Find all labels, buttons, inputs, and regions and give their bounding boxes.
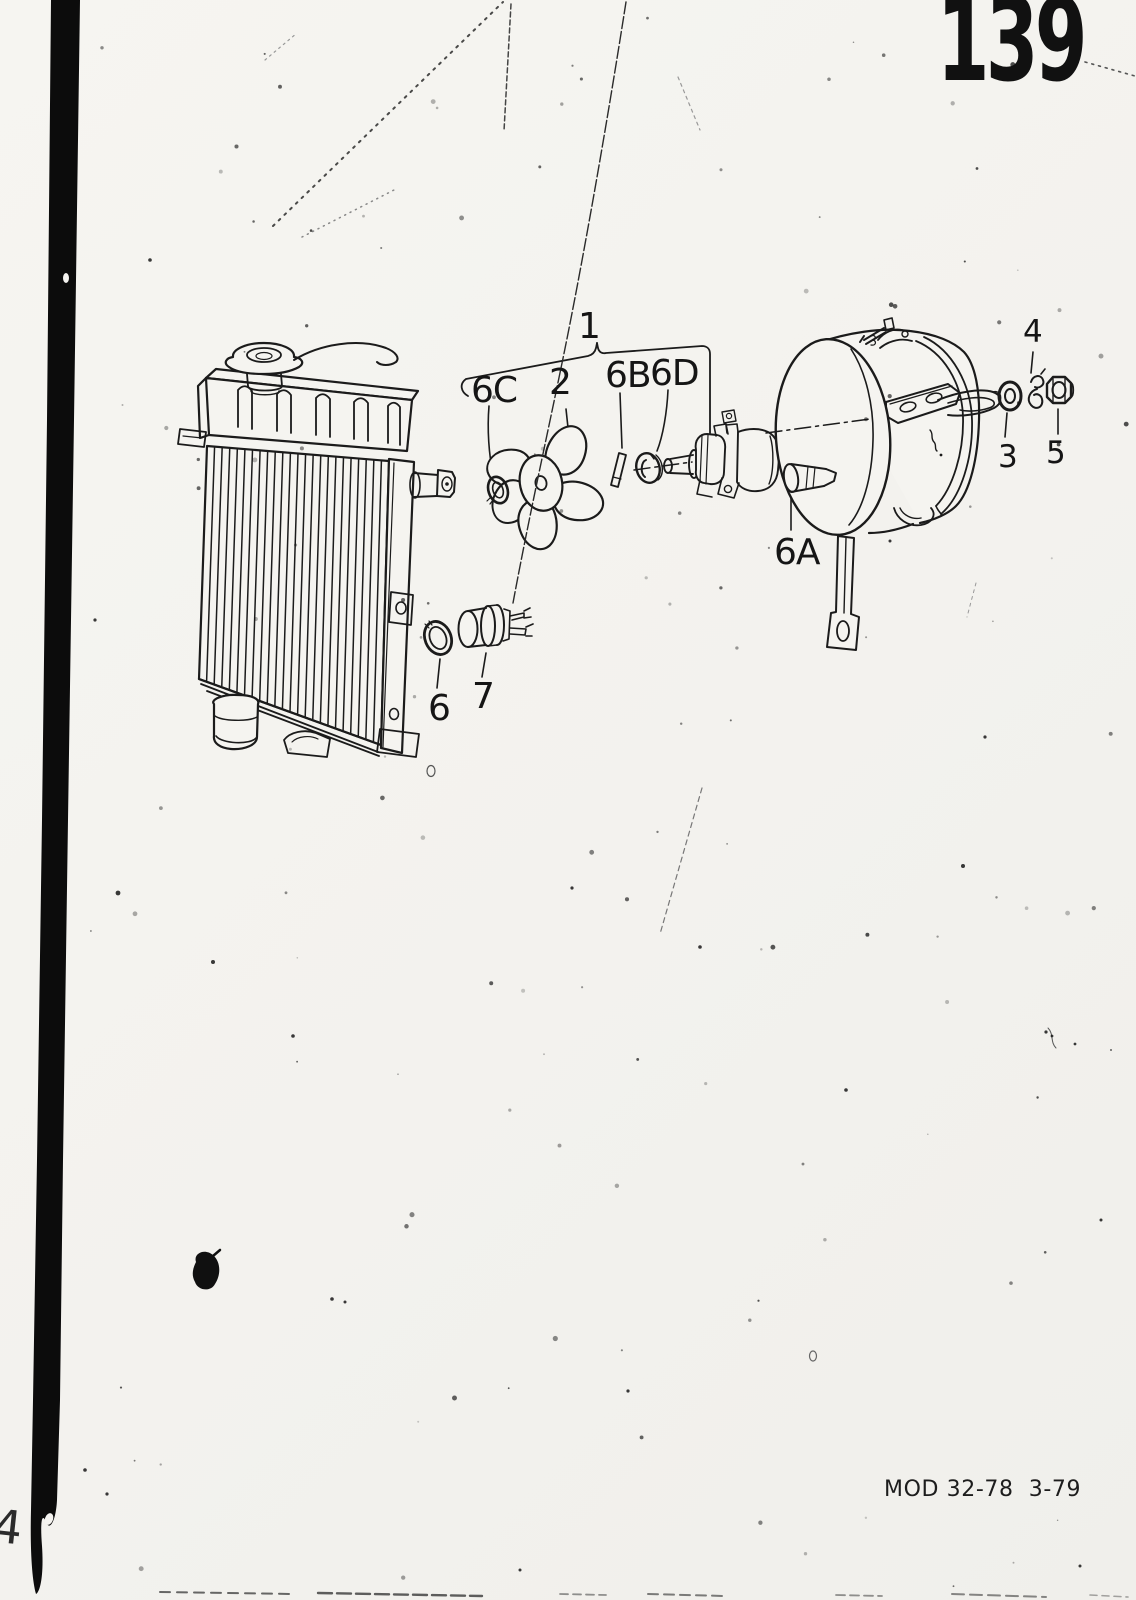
callout-6d: 6D bbox=[650, 356, 699, 392]
callout-labels: 126C6B6D6A34567 bbox=[0, 0, 1136, 1600]
callout-3: 3 bbox=[998, 442, 1017, 473]
scanned-page: 139 bbox=[0, 0, 1136, 1600]
footer-code: MOD 32-78 3-79 bbox=[884, 1477, 1081, 1502]
callout-6b: 6B bbox=[605, 358, 651, 394]
callout-5: 5 bbox=[1046, 438, 1065, 469]
callout-4: 4 bbox=[1023, 317, 1042, 348]
callout-1: 1 bbox=[578, 309, 600, 345]
callout-7: 7 bbox=[472, 679, 494, 715]
callout-6: 6 bbox=[428, 691, 450, 727]
callout-2: 2 bbox=[549, 365, 571, 401]
callout-6a: 6A bbox=[774, 535, 820, 571]
callout-6c: 6C bbox=[471, 373, 517, 409]
